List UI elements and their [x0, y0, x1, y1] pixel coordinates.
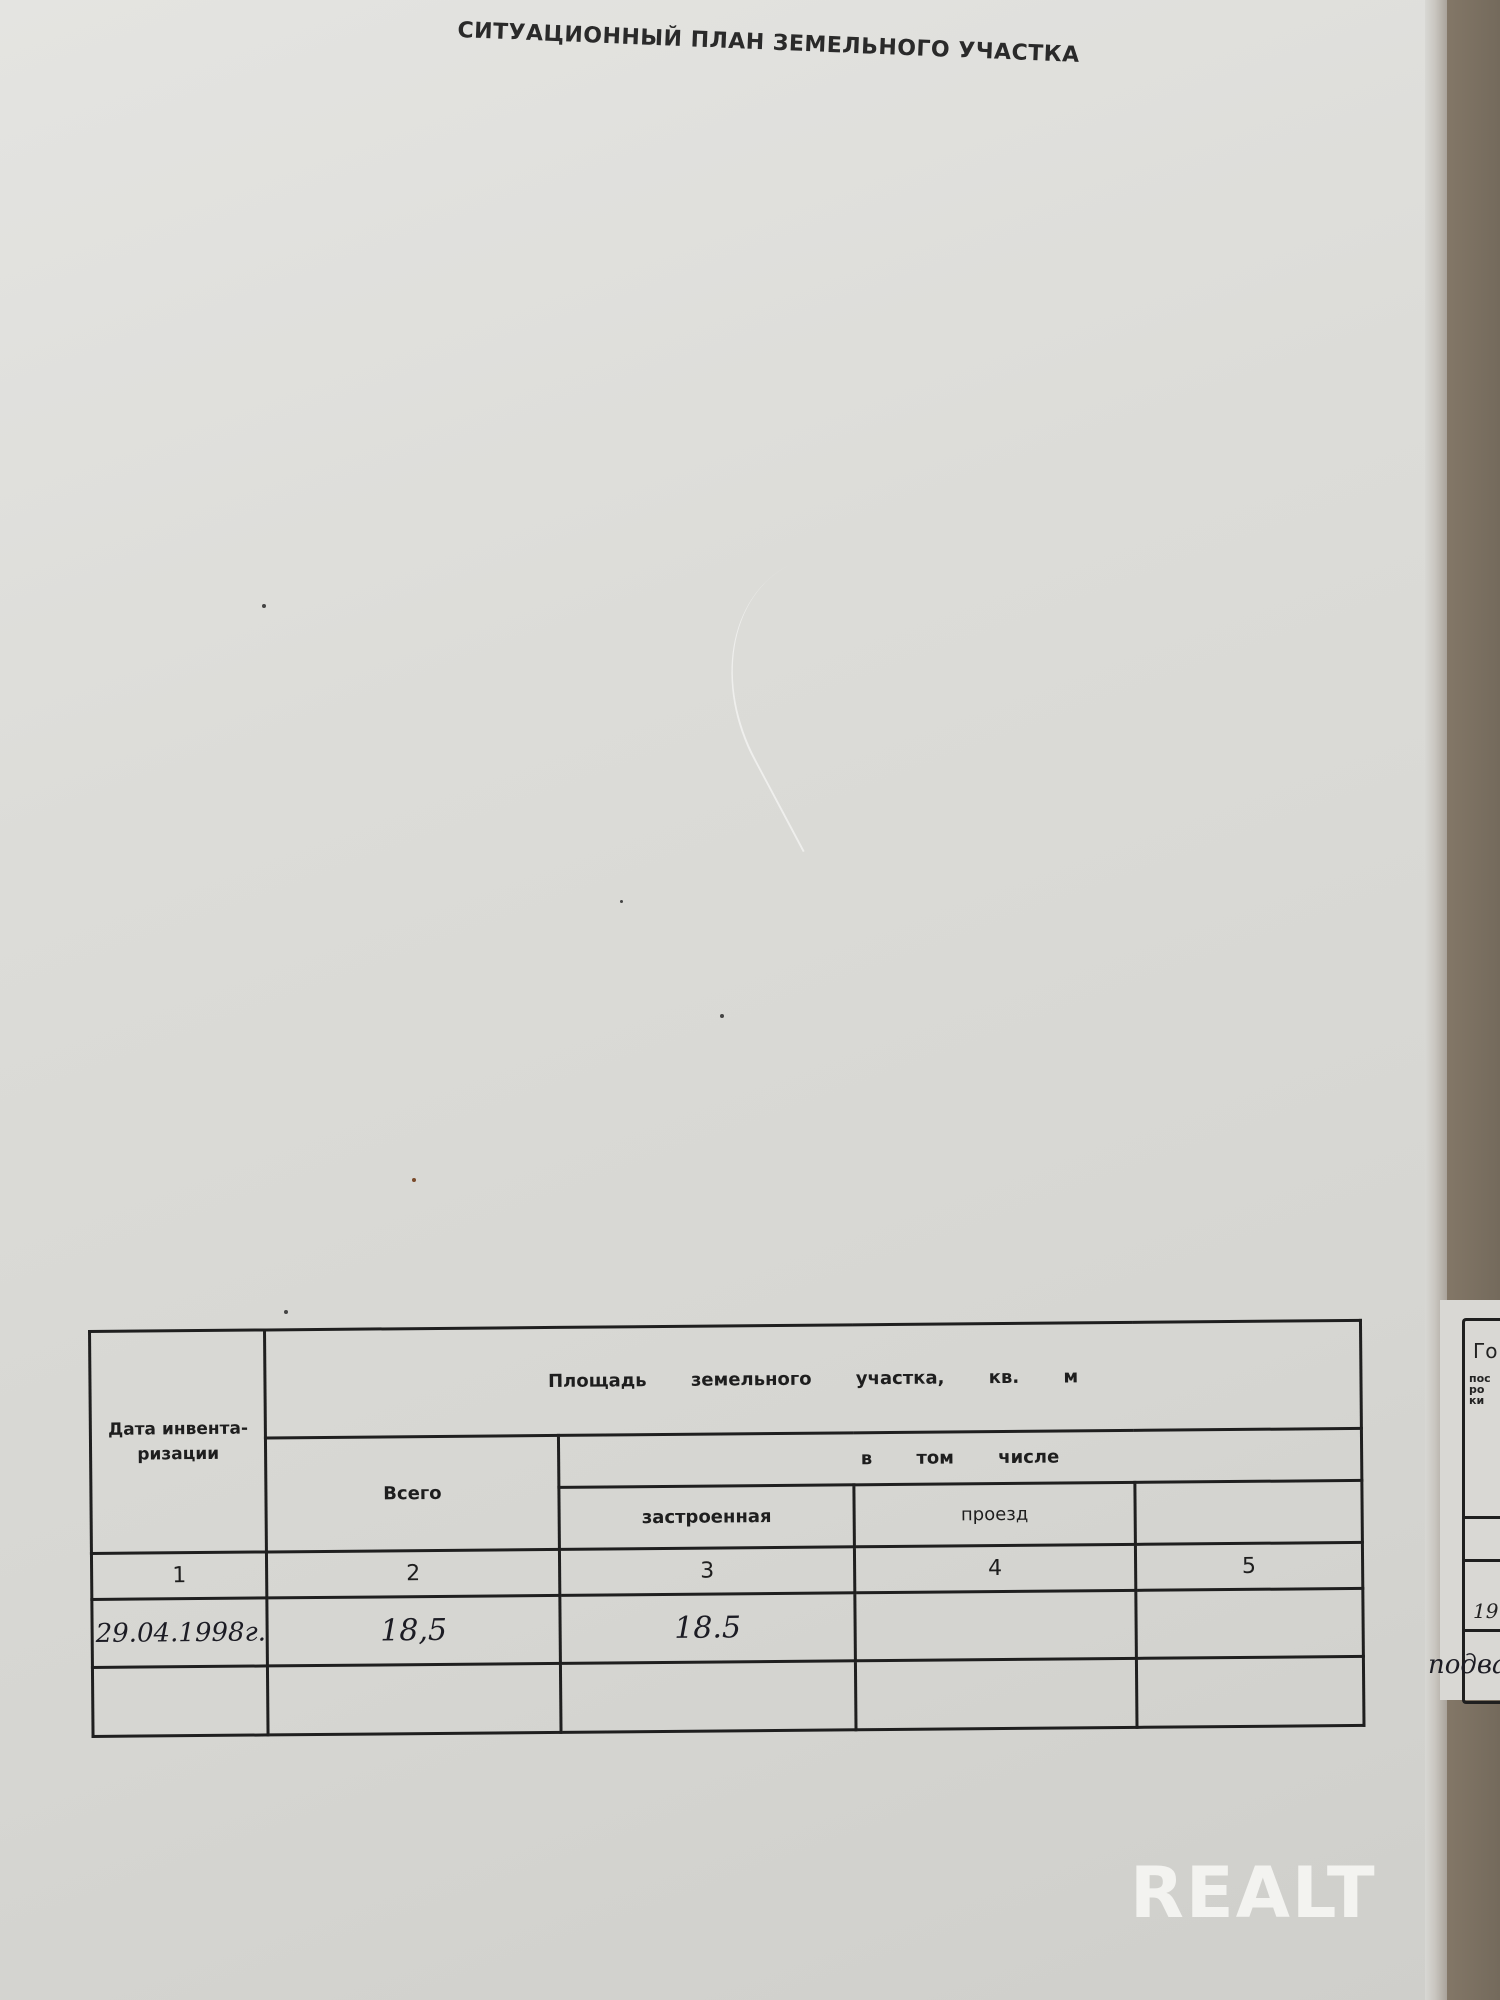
cell-total: 18,5 — [267, 1595, 560, 1666]
adjacent-row-line — [1465, 1629, 1500, 1632]
adjacent-row-fragment: 19 — [1473, 1599, 1498, 1623]
cell-date — [92, 1666, 268, 1737]
document-page: СИТУАЦИОННЫЙ ПЛАН ЗЕМЕЛЬНОГО УЧАСТКА Дат… — [0, 0, 1438, 2000]
header-col5 — [1135, 1480, 1363, 1544]
paper-speck — [412, 1178, 416, 1182]
column-number-2: 2 — [267, 1549, 560, 1598]
land-area-table: Дата инвента-ризации Площадь земельного … — [88, 1319, 1366, 1738]
table-row: 29.04.1998г. 18,5 18.5 — [92, 1588, 1364, 1667]
document-title: СИТУАЦИОННЫЙ ПЛАН ЗЕМЕЛЬНОГО УЧАСТКА — [457, 18, 1097, 69]
column-number-5: 5 — [1135, 1542, 1363, 1590]
header-including: в том числе — [558, 1428, 1362, 1487]
adjacent-row-line — [1465, 1516, 1500, 1519]
adjacent-row-line — [1465, 1559, 1500, 1562]
paper-speck — [262, 604, 266, 608]
cell-driveway — [855, 1590, 1136, 1660]
cell-date: 29.04.1998г. — [92, 1598, 268, 1668]
table-row — [92, 1656, 1364, 1736]
adjacent-fragment: ки — [1469, 1395, 1484, 1406]
column-number-1: 1 — [91, 1552, 267, 1600]
cell-built-up — [560, 1661, 856, 1733]
paper-crease — [681, 528, 981, 852]
column-number-3: 3 — [559, 1547, 855, 1596]
paper-speck — [720, 1014, 724, 1018]
column-number-4: 4 — [855, 1544, 1136, 1592]
cell-driveway — [856, 1658, 1137, 1729]
header-land-area: Площадь земельного участка, кв. м — [265, 1320, 1362, 1438]
cell-col5 — [1135, 1588, 1363, 1658]
cell-total — [268, 1663, 561, 1735]
header-driveway: проезд — [854, 1482, 1135, 1546]
header-inventory-date: Дата инвента-ризации — [90, 1330, 267, 1554]
adjacent-handwritten-fragment: подва — [1428, 1650, 1500, 1680]
cell-col5 — [1136, 1656, 1364, 1727]
adjacent-page-table: Го пос ро ки 19 — [1462, 1318, 1500, 1704]
torn-page-edge — [1425, 0, 1447, 2000]
paper-speck — [284, 1310, 288, 1314]
paper-speck — [620, 900, 623, 903]
adjacent-header-fragment: Го — [1473, 1339, 1497, 1363]
realt-watermark: REALT — [1130, 1852, 1377, 1934]
header-built-up: застроенная — [559, 1485, 855, 1550]
cell-built-up: 18.5 — [560, 1593, 856, 1664]
header-total: Всего — [266, 1435, 559, 1552]
